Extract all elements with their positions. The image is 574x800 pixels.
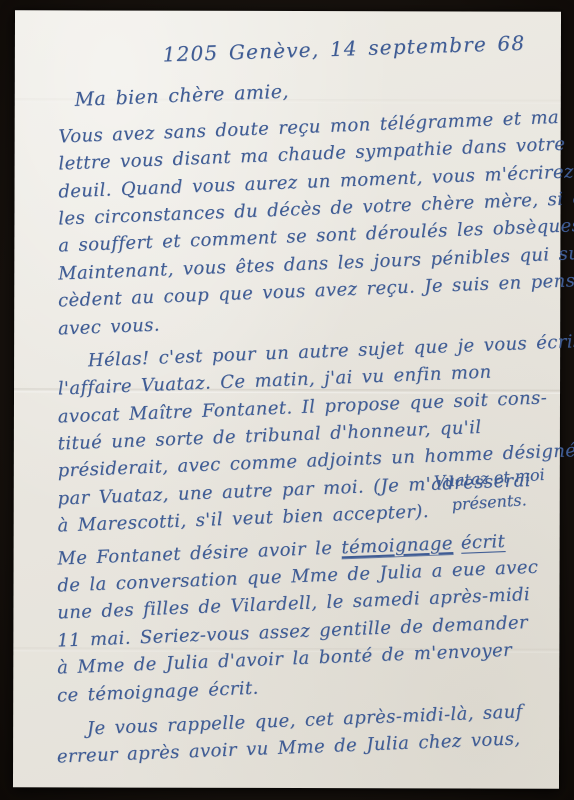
handwritten-letter: 1205 Genève, 14 septembre 68 Ma bien chè…	[13, 10, 561, 788]
letter-paper: 1205 Genève, 14 septembre 68 Ma bien chè…	[13, 10, 561, 788]
underlined-word-ecrit: écrit	[460, 531, 505, 554]
letter-paragraph-1: Vous avez sans doute reçu mon télégramme…	[14, 125, 561, 346]
letter-dateline: 1205 Genève, 14 septembre 68	[14, 29, 561, 74]
underlined-word-temoignage: témoignage	[341, 533, 453, 559]
margin-insertion-note: Vuataz et moi présents.	[433, 463, 547, 518]
photo-background: { "scene": { "background_color": "#15100…	[0, 0, 574, 800]
letter-paragraph-3: Me Fontanet désire avoir le témoignageéc…	[13, 547, 559, 713]
letter-paragraph-4: Je vous rappelle que, cet après-midi-là,…	[13, 718, 559, 774]
